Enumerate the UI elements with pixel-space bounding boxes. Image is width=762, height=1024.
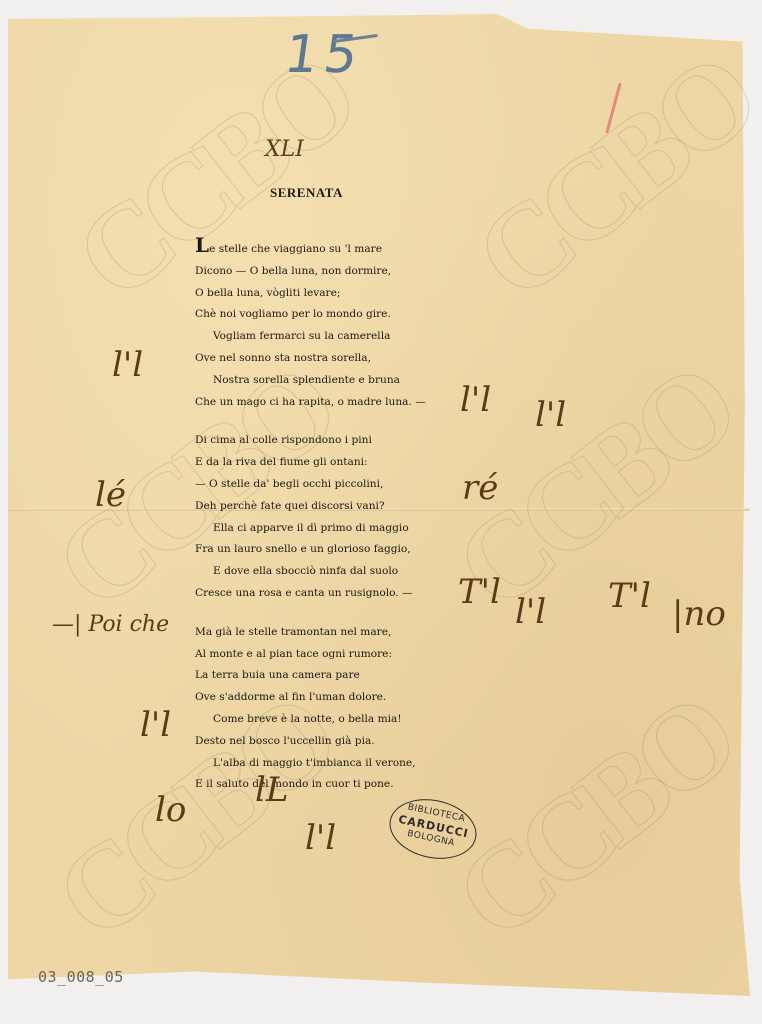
handwritten-note: —| Poi che [52, 612, 169, 637]
poem-line: Ove nel sonno sta nostra sorella, [195, 348, 455, 370]
poem-body: Le stelle che viaggiano su 'l mareDicono… [195, 238, 455, 796]
poem-line: Ma già le stelle tramontan nel mare, [195, 622, 455, 644]
poem-line: Le stelle che viaggiano su 'l mare [195, 238, 455, 261]
poem-line: Ella ci apparve il dì primo di maggio [195, 518, 455, 540]
roman-numeral: XLI [265, 137, 304, 162]
poem-line: Deh perchè fate quei discorsi vani? [195, 496, 455, 518]
handwritten-note: |no [672, 594, 726, 634]
handwritten-note: l'l [112, 345, 143, 385]
poem-line: Vogliam fermarci su la camerella [195, 326, 455, 348]
poem-line: E dove ella sbocciò ninfa dal suolo [195, 561, 455, 583]
handwritten-note: l'l [140, 705, 171, 745]
poem-line: Dicono — O bella luna, non dormire, [195, 261, 455, 283]
handwritten-note: l'l [460, 380, 491, 420]
poem-line: E da la riva del fiume gli ontani: [195, 452, 455, 474]
poem-line: L'alba di maggio t'imbianca il verone, [195, 753, 455, 775]
handwritten-note: l'l [535, 395, 566, 435]
poem-line: Nostra sorella splendiente e bruna [195, 370, 455, 392]
poem-line: Come breve è la notte, o bella mia! [195, 709, 455, 731]
handwritten-note: l'l [515, 592, 546, 632]
handwritten-note: lé [95, 475, 126, 515]
handwritten-note: T'l [608, 576, 651, 616]
poem-line: O bella luna, vògliti levare; [195, 283, 455, 305]
poem-line: E il saluto del mondo in cuor ti pone. [195, 774, 455, 796]
poem-line: Cresce una rosa e canta un rusignolo. — [195, 583, 455, 605]
poem-title: SERENATA [270, 185, 343, 201]
handwritten-note: l'l [305, 818, 336, 858]
handwritten-note: T'l [458, 572, 501, 612]
handwritten-note: ré [462, 468, 498, 508]
poem-line: Ove s'addorme al fin l'uman dolore. [195, 687, 455, 709]
poem-line: Che un mago ci ha rapita, o madre luna. … [195, 392, 455, 414]
poem-line: — O stelle da' begli occhi piccolini, [195, 474, 455, 496]
archive-id: 03_008_05 [38, 968, 124, 986]
handwritten-note: lo [155, 790, 186, 830]
drop-cap: L [195, 233, 209, 257]
stanza-gap [195, 413, 455, 430]
poem-line: La terra buia una camera pare [195, 665, 455, 687]
poem-line: Al monte e al pian tace ogni rumore: [195, 644, 455, 666]
stanza-gap [195, 605, 455, 622]
poem-line: Chè noi vogliamo per lo mondo gire. [195, 304, 455, 326]
poem-line: Fra un lauro snello e un glorioso faggio… [195, 539, 455, 561]
handwritten-note: lL [255, 770, 288, 810]
poem-line: Desto nel bosco l'uccellin già pia. [195, 731, 455, 753]
poem-line: Di cima al colle rispondono i pini [195, 430, 455, 452]
pencil-page-number: 15 [281, 25, 368, 85]
